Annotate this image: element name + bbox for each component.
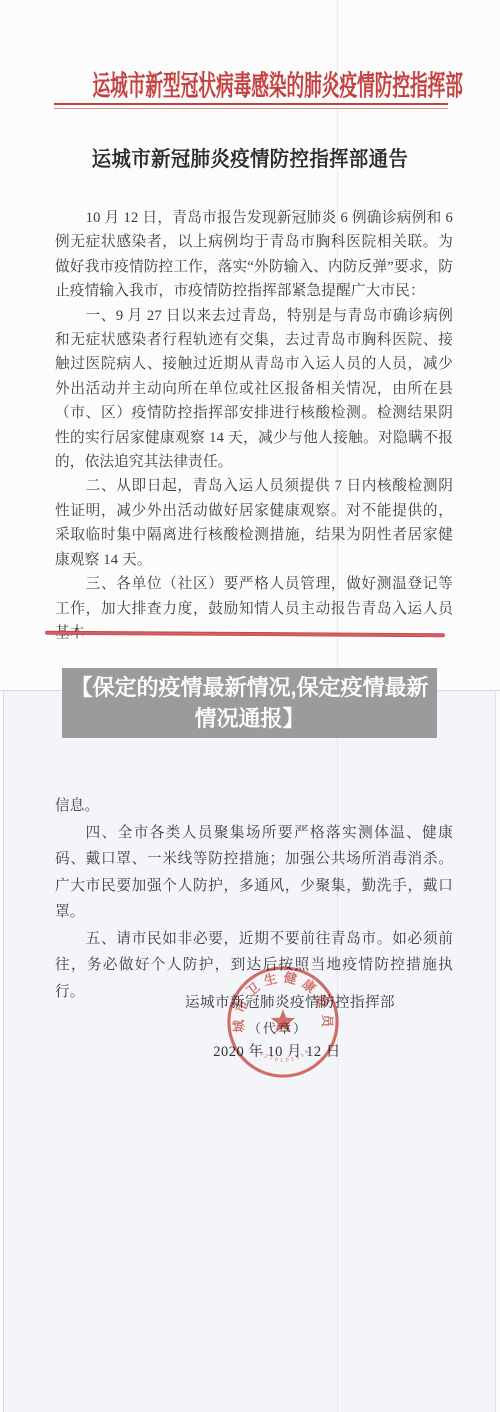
article-title-banner: 【保定的疫情最新情况,保定疫情最新情况通报】 bbox=[62, 668, 437, 738]
document-title: 运城市新冠肺炎疫情防控指挥部通告 bbox=[20, 143, 480, 173]
paragraph-item-1: 一、9 月 27 日以来去过青岛，特别是与青岛市确诊病例和无症状感染者行程轨迹有… bbox=[55, 304, 453, 475]
paragraph-item-3-continuation: 信息。 bbox=[55, 793, 453, 820]
paragraph-item-2: 二、从即日起，青岛入运人员须提供 7 日内核酸检测阴性证明，减少外出活动做好居家… bbox=[55, 474, 453, 572]
seal-serial-path: 14270101516 bbox=[254, 1048, 312, 1064]
paragraph-intro: 10 月 12 日，青岛市报告发现新冠肺炎 6 例确诊病例和 6 例无症状感染者… bbox=[55, 206, 453, 304]
star-icon bbox=[271, 1009, 295, 1032]
article-title: 【保定的疫情最新情况,保定疫情最新情况通报】 bbox=[68, 672, 431, 734]
scanned-notice-page: 运城市新型冠状病毒感染的肺炎疫情防控指挥部 运城市新冠肺炎疫情防控指挥部通告 1… bbox=[0, 0, 500, 1412]
official-seal: 运城市卫生健康委员会 14270101516 bbox=[224, 963, 342, 1081]
letterhead-title: 运城市新型冠状病毒感染的肺炎疫情防控指挥部 bbox=[93, 64, 408, 104]
seal-serial: 14270101516 bbox=[254, 1048, 312, 1064]
notice-body-top: 10 月 12 日，青岛市报告发现新冠肺炎 6 例确诊病例和 6 例无症状感染者… bbox=[55, 206, 453, 645]
paragraph-item-4: 四、全市各类人员聚集场所要严格落实测体温、健康码、戴口罩、一米线等防控措施；加强… bbox=[55, 820, 453, 926]
letterhead-rule bbox=[54, 103, 448, 109]
